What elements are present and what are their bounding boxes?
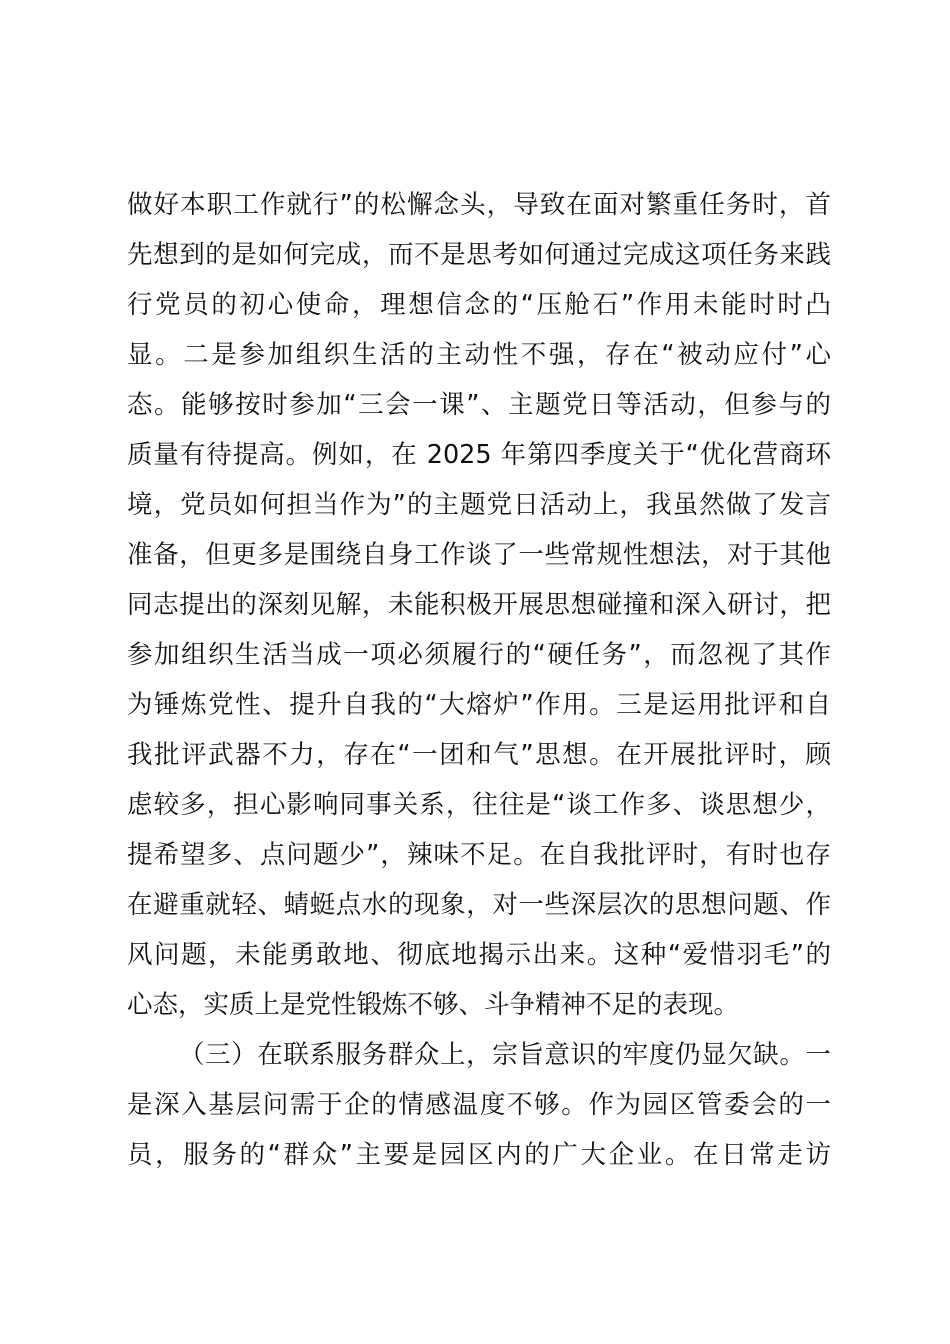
paragraph-serving-masses: （三）在联系服务群众上，宗旨意识的牢度仍显欠缺。一 是深入基层问需于企的情感温度… [127, 1030, 831, 1180]
text-line: 是深入基层问需于企的情感温度不够。作为园区管委会的一 [127, 1080, 831, 1130]
text-line: 显。二是参加组织生活的主动性不强，存在“被动应付”心 [127, 330, 831, 380]
text-line: 为锤炼党性、提升自我的“大熔炉”作用。三是运用批评和自 [127, 680, 831, 730]
document-page: 做好本职工作就行”的松懈念头，导致在面对繁重任务时，首 先想到的是如何完成，而不… [127, 180, 831, 1180]
text-line: 境，党员如何担当作为”的主题党日活动上，我虽然做了发言 [127, 480, 831, 530]
text-line: 参加组织生活当成一项必须履行的“硬任务”，而忽视了其作 [127, 630, 831, 680]
text-line: 在避重就轻、蜻蜓点水的现象，对一些深层次的思想问题、作 [127, 880, 831, 930]
text-line: 虑较多，担心影响同事关系，往往是“谈工作多、谈思想少， [127, 780, 831, 830]
text-line: 我批评武器不力，存在“一团和气”思想。在开展批评时，顾 [127, 730, 831, 780]
text-line-paragraph-end: 心态，实质上是党性锻炼不够、斗争精神不足的表现。 [127, 980, 831, 1030]
text-line-paragraph-start: （三）在联系服务群众上，宗旨意识的牢度仍显欠缺。一 [127, 1030, 831, 1080]
text-line: 同志提出的深刻见解，未能积极开展思想碰撞和深入研讨，把 [127, 580, 831, 630]
text-line: 行党员的初心使命，理想信念的“压舱石”作用未能时时凸 [127, 280, 831, 330]
text-line: 风问题，未能勇敢地、彻底地揭示出来。这种“爱惜羽毛”的 [127, 930, 831, 980]
text-line: 先想到的是如何完成，而不是思考如何通过完成这项任务来践 [127, 230, 831, 280]
text-line: 准备，但更多是围绕自身工作谈了一些常规性想法，对于其他 [127, 530, 831, 580]
text-line: 员，服务的“群众”主要是园区内的广大企业。在日常走访 [127, 1130, 831, 1180]
paragraph-organizational-life: 做好本职工作就行”的松懈念头，导致在面对繁重任务时，首 先想到的是如何完成，而不… [127, 180, 831, 1030]
text-line: 态。能够按时参加“三会一课”、主题党日等活动，但参与的 [127, 380, 831, 430]
text-line: 做好本职工作就行”的松懈念头，导致在面对繁重任务时，首 [127, 180, 831, 230]
text-line: 提希望多、点问题少”，辣味不足。在自我批评时，有时也存 [127, 830, 831, 880]
text-line: 质量有待提高。例如，在 2025 年第四季度关于“优化营商环 [127, 430, 831, 480]
